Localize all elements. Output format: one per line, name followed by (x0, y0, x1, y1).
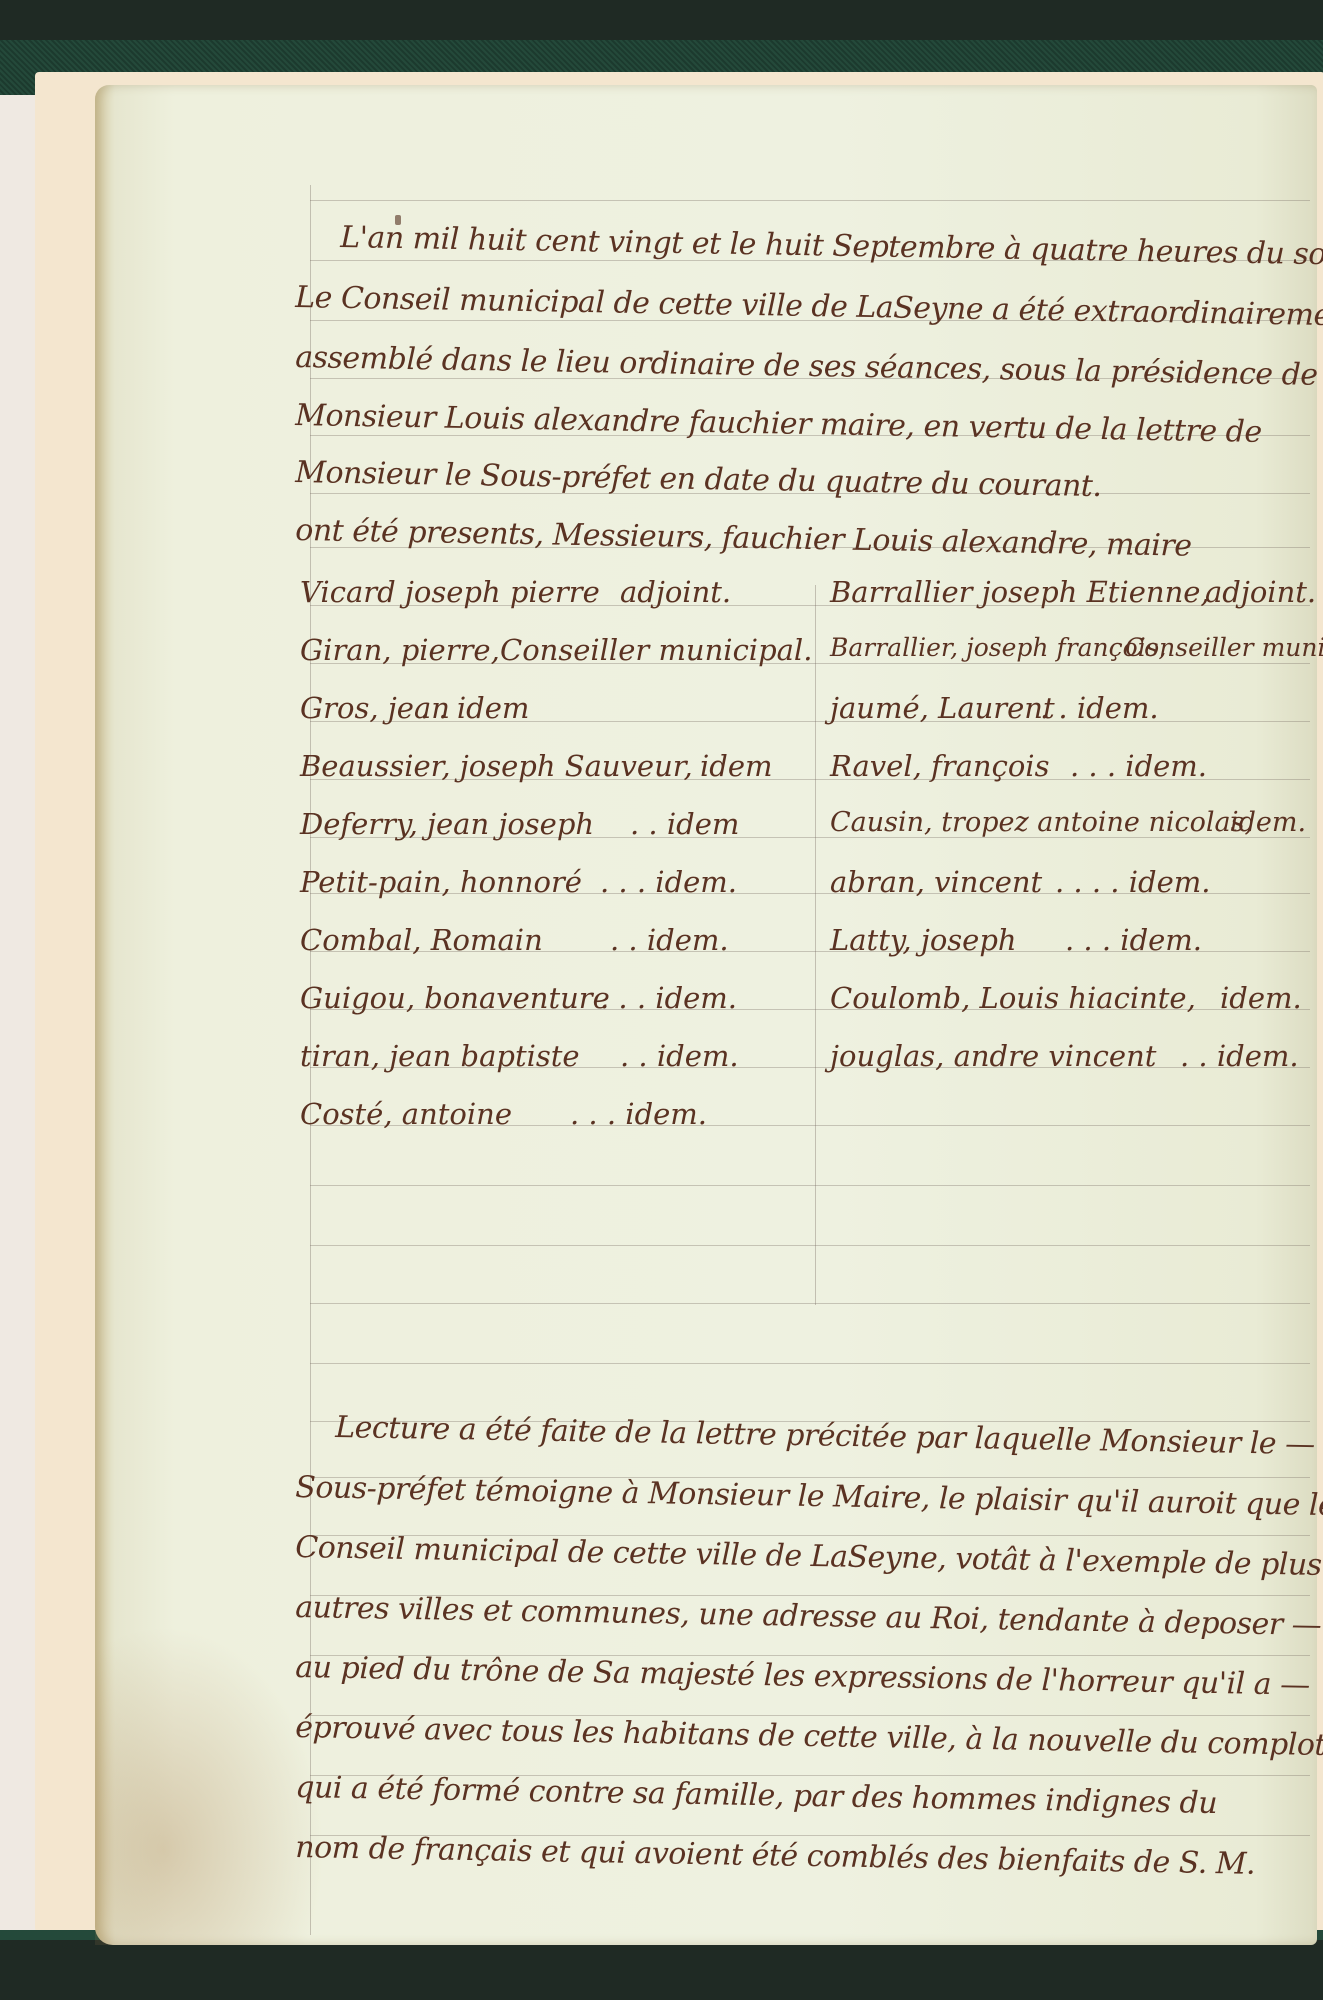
member-role: idem. (1230, 807, 1306, 838)
member-role: idem (700, 749, 773, 783)
member-role: idem. (1220, 981, 1302, 1015)
member-name: jouglas, andre vincent (830, 1039, 1156, 1073)
member-name: Causin, tropez antoine nicolas, (830, 807, 1253, 838)
member-name: Coulomb, Louis hiacinte, (830, 981, 1196, 1015)
member-name: Giran, pierre, (300, 633, 500, 667)
text-line: Lecture a été faite de la lettre précité… (335, 1410, 1315, 1462)
member-role: . . . idem. (1070, 749, 1207, 783)
member-name: Latty, joseph (830, 923, 1017, 957)
water-stain (95, 1625, 325, 1945)
member-role: . . . idem. (600, 981, 737, 1015)
member-role: . . idem. (610, 923, 729, 957)
ruled-line (310, 1185, 1310, 1186)
member-role: . . idem. (1040, 691, 1159, 725)
member-role: . . . . idem. (1055, 865, 1210, 899)
text-line: Monsieur le Sous-préfet en date du quatr… (295, 455, 1102, 504)
member-role: . . idem (420, 691, 529, 725)
member-name: Beaussier, joseph Sauveur, (300, 749, 693, 783)
member-name: Barrallier, joseph françois, (830, 633, 1166, 662)
member-name: Guigou, bonaventure (300, 981, 610, 1015)
ruled-line (310, 200, 1310, 201)
member-role: adjoint. (1205, 575, 1316, 609)
text-line: autres villes et communes, une adresse a… (295, 1590, 1321, 1643)
member-role: adjoint. (620, 575, 731, 609)
member-role: Conseiller municipal. (500, 633, 812, 667)
manuscript-page: L'an mil huit cent vingt et le huit Sept… (95, 85, 1317, 1945)
member-role: . . idem (630, 807, 739, 841)
text-line: au pied du trône de Sa majesté les expre… (295, 1650, 1310, 1703)
text-line: Le Conseil municipal de cette ville de L… (295, 280, 1323, 334)
text-line: éprouvé avec tous les habitans de cette … (295, 1710, 1323, 1763)
member-name: Vicard joseph pierre (300, 575, 600, 609)
member-name: Combal, Romain (300, 923, 543, 957)
member-role: . . idem. (1180, 1039, 1299, 1073)
text-line: L'an mil huit cent vingt et le huit Sept… (340, 220, 1323, 273)
member-name: Costé, antoine (300, 1097, 512, 1131)
member-name: Petit-pain, honnoré (300, 865, 582, 899)
member-role: Conseiller municipal (1125, 633, 1323, 662)
attendance-intro: ont été presents, Messieurs, fauchier Lo… (295, 513, 1192, 564)
column-divider (815, 585, 816, 1305)
ruled-line (310, 1363, 1310, 1364)
text-line: Monsieur Louis alexandre fauchier maire,… (295, 398, 1262, 450)
member-role: . . . idem. (600, 865, 737, 899)
ruled-line (310, 1303, 1310, 1304)
text-line: Conseil municipal de cette ville de LaSe… (295, 1530, 1323, 1584)
member-role: . . idem. (620, 1039, 739, 1073)
text-line: Sous-préfet témoigne à Monsieur le Maire… (295, 1470, 1323, 1524)
member-name: abran, vincent (830, 865, 1042, 899)
member-name: tiran, jean baptiste (300, 1039, 580, 1073)
member-name: Deferry, jean joseph (300, 807, 594, 841)
text-line: assemblé dans le lieu ordinaire de ses s… (295, 340, 1318, 393)
member-role: . . . idem. (1065, 923, 1202, 957)
member-role: . . . idem. (570, 1097, 707, 1131)
member-name: Barrallier joseph Etienne, (830, 575, 1210, 609)
member-name: jaumé, Laurent (830, 691, 1055, 725)
text-line: qui a été formé contre sa famille, par d… (295, 1770, 1217, 1821)
text-line: nom de français et qui avoient été combl… (295, 1830, 1255, 1882)
member-name: Ravel, françois (830, 749, 1049, 783)
ruled-line (310, 1245, 1310, 1246)
